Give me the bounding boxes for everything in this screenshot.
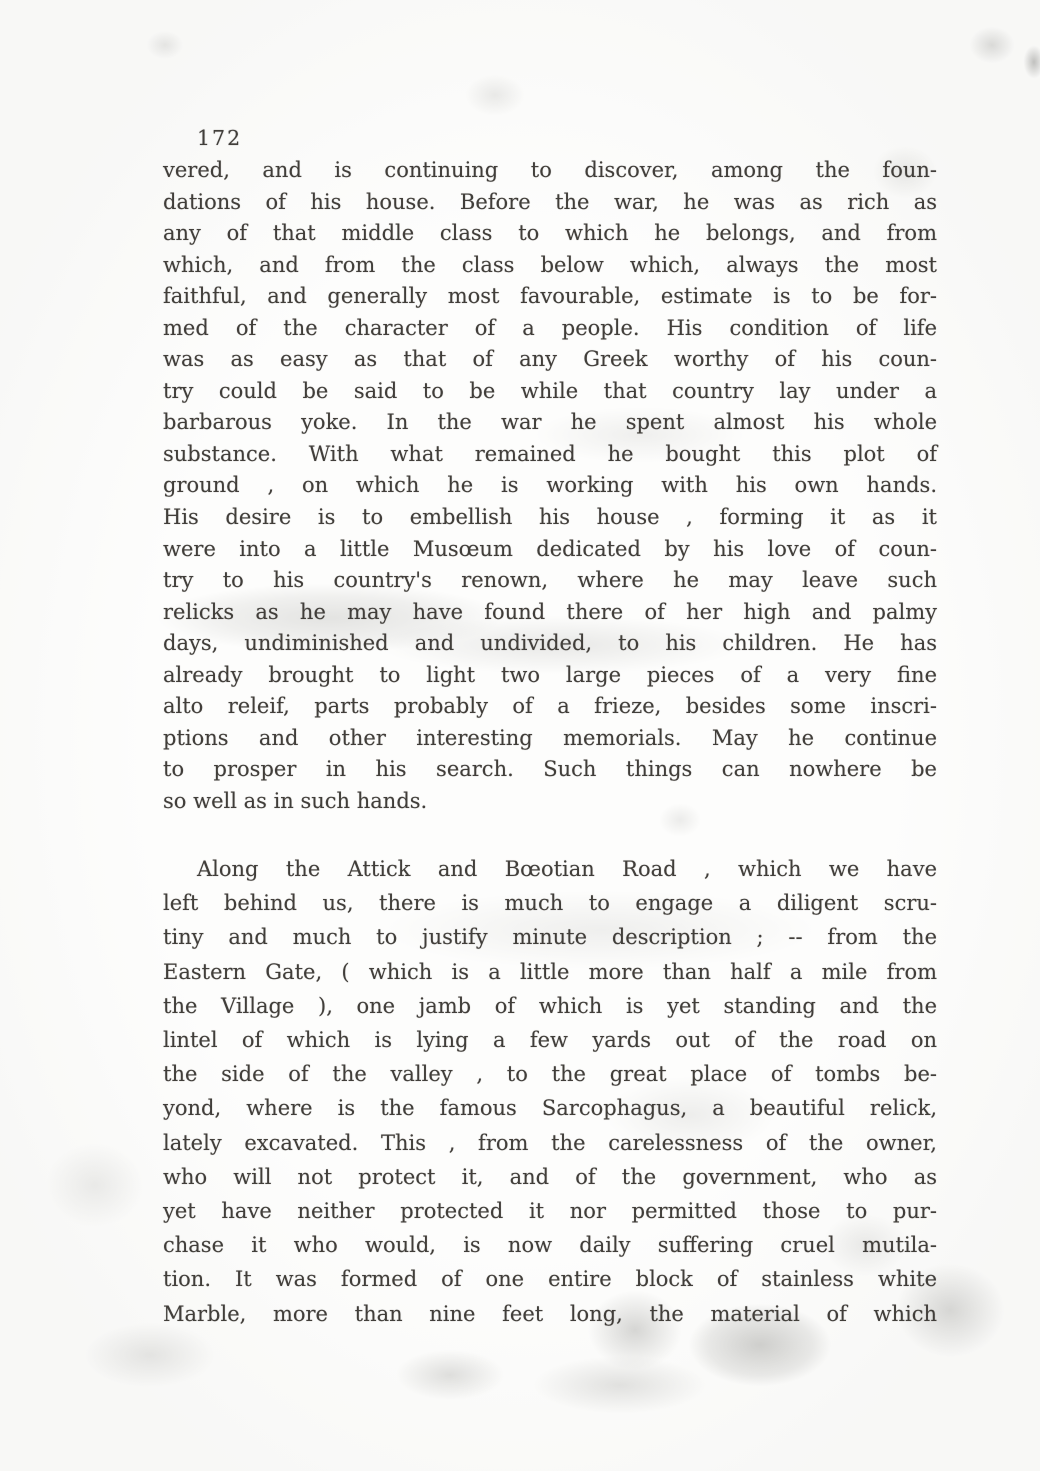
paragraph-1: vered, and is continuing to discover, am… — [163, 155, 937, 817]
text-line: ground , on which he is working with his… — [163, 470, 937, 502]
text-line: were into a little Musœum dedicated by h… — [163, 534, 937, 566]
text-line: Along the Attick and Bœotian Road , whic… — [163, 852, 937, 886]
text-line: yet have neither protected it nor permit… — [163, 1194, 937, 1228]
text-line: tiny and much to justify minute descript… — [163, 920, 937, 954]
text-line: med of the character of a people. His co… — [163, 313, 937, 345]
text-line: was as easy as that of any Greek worthy … — [163, 344, 937, 376]
text-line: so well as in such hands. — [163, 786, 937, 818]
text-line: the side of the valley , to the great pl… — [163, 1057, 937, 1091]
text-line: vered, and is continuing to discover, am… — [163, 155, 937, 187]
text-line: any of that middle class to which he bel… — [163, 218, 937, 250]
text-line: ptions and other interesting memorials. … — [163, 723, 937, 755]
text-line: His desire is to embellish his house , f… — [163, 502, 937, 534]
text-line: relicks as he may have found there of he… — [163, 597, 937, 629]
text-line: try to his country's renown, where he ma… — [163, 565, 937, 597]
text-line: lintel of which is lying a few yards out… — [163, 1023, 937, 1057]
text-line: left behind us, there is much to engage … — [163, 886, 937, 920]
text-line: Marble, more than nine feet long, the ma… — [163, 1297, 937, 1331]
text-line: the Village ), one jamb of which is yet … — [163, 989, 937, 1023]
text-line: faithful, and generally most favourable,… — [163, 281, 937, 313]
text-line: try could be said to be while that count… — [163, 376, 937, 408]
text-line: alto releif, parts probably of a frieze,… — [163, 691, 937, 723]
text-line: tion. It was formed of one entire block … — [163, 1262, 937, 1296]
text-line: dations of his house. Before the war, he… — [163, 187, 937, 219]
text-line: barbarous yoke. In the war he spent almo… — [163, 407, 937, 439]
text-line: substance. With what remained he bought … — [163, 439, 937, 471]
text-line: to prosper in his search. Such things ca… — [163, 754, 937, 786]
text-line: days, undiminished and undivided, to his… — [163, 628, 937, 660]
text-line: which, and from the class below which, a… — [163, 250, 937, 282]
text-line: Eastern Gate, ( which is a little more t… — [163, 955, 937, 989]
page-number: 172 — [197, 126, 242, 150]
text-line: already brought to light two large piece… — [163, 660, 937, 692]
paragraph-2: Along the Attick and Bœotian Road , whic… — [163, 852, 937, 1331]
book-page: 172 vered, and is continuing to discover… — [0, 0, 1040, 1471]
text-line: chase it who would, is now daily sufferi… — [163, 1228, 937, 1262]
text-line: yond, where is the famous Sarcophagus, a… — [163, 1091, 937, 1125]
text-line: lately excavated. This , from the carele… — [163, 1126, 937, 1160]
text-line: who will not protect it, and of the gove… — [163, 1160, 937, 1194]
